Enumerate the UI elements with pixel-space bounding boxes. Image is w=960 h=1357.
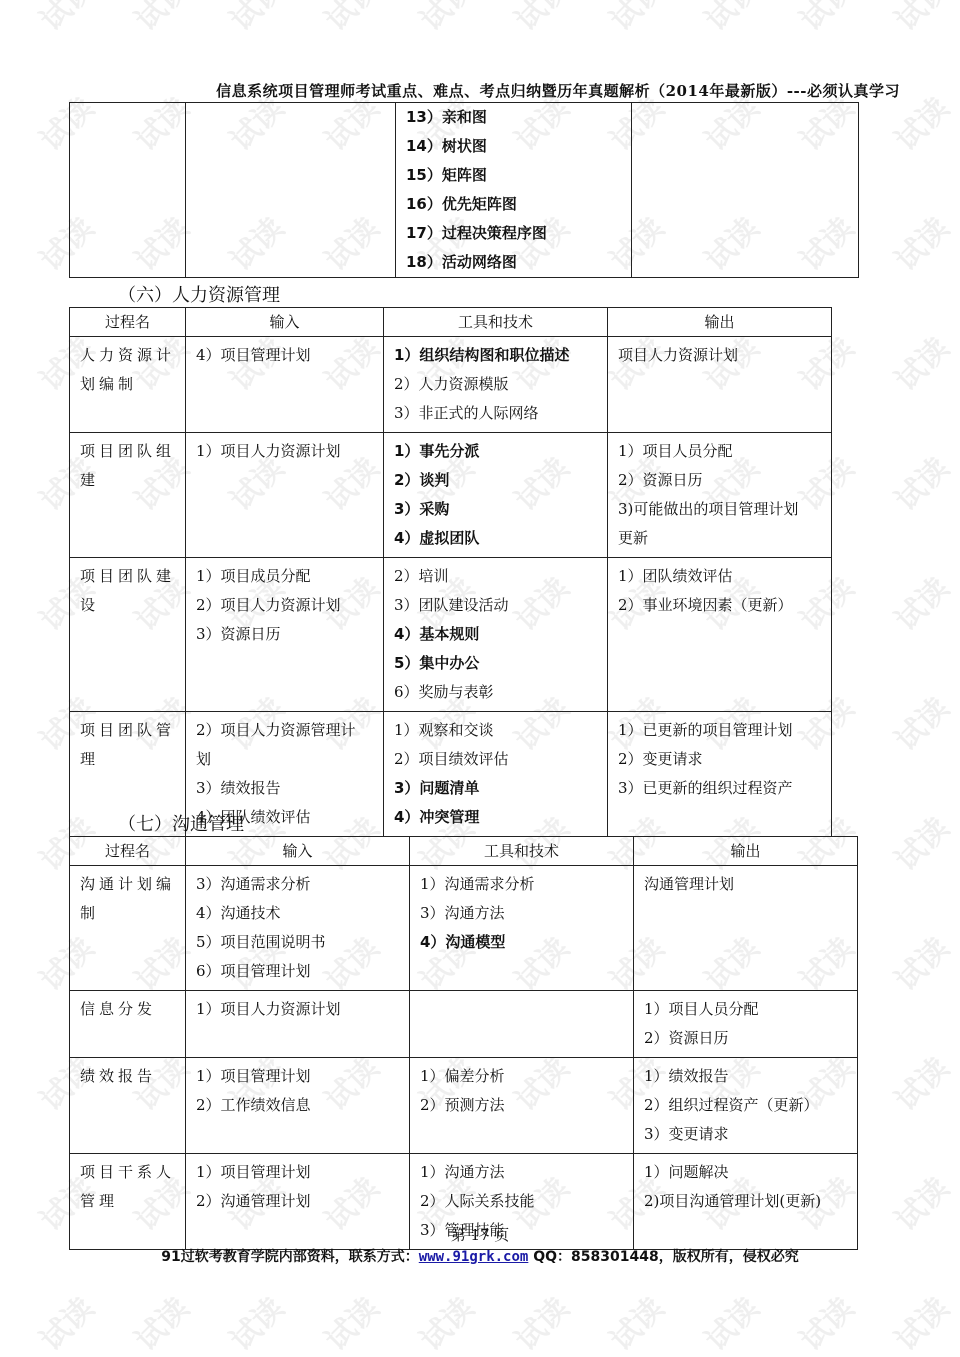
outputs-cell: 项目人力资源计划 [608,337,832,433]
output-item: 2）事业环境因素（更新） [618,591,825,620]
output-item: 更新 [618,524,825,553]
tool-item: 3）非正式的人际网络 [394,399,601,428]
section-heading-hr: （六）人力资源管理 [118,281,280,307]
tool-item: 1）观察和交谈 [394,716,601,745]
outputs-cell: 1）项目人员分配2）资源日历3)可能做出的项目管理计划更新 [608,433,832,558]
output-item: 3)可能做出的项目管理计划 [618,495,825,524]
section-heading-communication: （七）沟通管理 [118,810,244,836]
output-cell [632,103,859,278]
tool-item: 1）沟通方法 [420,1158,627,1187]
watermark-text: 试读 [883,805,957,879]
output-item: 1）绩效报告 [644,1062,851,1091]
hr-management-table: 过程名 输入 工具和技术 输出 人力资源计划编制4）项目管理计划1）组织结构图和… [69,307,832,837]
input-item: 5）项目范围说明书 [196,928,403,957]
inputs-cell: 1）项目人力资源计划 [186,991,410,1058]
watermark-text: 试读 [313,0,387,39]
output-item: 项目人力资源计划 [618,341,825,370]
watermark-text: 试读 [883,1285,957,1357]
page-number: 第 17 页 [0,1224,960,1245]
input-item: 6）项目管理计划 [196,957,403,986]
tools-cell: 13）亲和图 14）树状图 15）矩阵图 16）优先矩阵图 17）过程决策程序图… [396,103,632,278]
watermark-text: 试读 [408,0,482,39]
column-header-tools: 工具和技术 [410,837,634,866]
tool-item: 18）活动网络图 [406,248,625,277]
tools-cell: 1）事先分派2）谈判3）采购4）虚拟团队 [384,433,608,558]
column-header-process: 过程名 [70,837,186,866]
tool-item: 4）冲突管理 [394,803,601,832]
column-header-process: 过程名 [70,308,186,337]
input-item: 划 [196,745,377,774]
tool-item: 3）沟通方法 [420,899,627,928]
watermark-text: 试读 [313,1285,387,1357]
table-header-row: 过程名 输入 工具和技术 输出 [70,837,858,866]
tool-item: 3）问题清单 [394,774,601,803]
tool-item: 13）亲和图 [406,103,625,132]
outputs-cell: 1）团队绩效评估2）事业环境因素（更新） [608,558,832,712]
process-name-cell: 人力资源计划编制 [70,337,186,433]
input-item: 2）工作绩效信息 [196,1091,403,1120]
watermark-text: 试读 [883,925,957,999]
tool-item: 2）人际关系技能 [420,1187,627,1216]
output-item: 3）已更新的组织过程资产 [618,774,825,803]
watermark-text: 试读 [883,1045,957,1119]
tool-item: 1）沟通需求分析 [420,870,627,899]
table-row: 绩效报告1）项目管理计划2）工作绩效信息1）偏差分析2）预测方法1）绩效报告2）… [70,1058,858,1154]
watermark-text: 试读 [28,1285,102,1357]
watermark-text: 试读 [883,565,957,639]
continued-table: 13）亲和图 14）树状图 15）矩阵图 16）优先矩阵图 17）过程决策程序图… [69,102,859,278]
input-item: 1）项目管理计划 [196,1062,403,1091]
watermark-text: 试读 [123,1285,197,1357]
watermark-text: 试读 [28,0,102,39]
input-item: 4）项目管理计划 [196,341,377,370]
output-item: 2）资源日历 [644,1024,851,1053]
document-footer: 91过软考教育学院内部资料，联系方式：www.91grk.com QQ：8583… [0,1246,960,1266]
tool-item: 4）沟通模型 [420,928,627,957]
input-item: 3）绩效报告 [196,774,377,803]
watermark-text: 试读 [788,1285,862,1357]
output-item: 2）变更请求 [618,745,825,774]
column-header-tools: 工具和技术 [384,308,608,337]
tool-item: 1）偏差分析 [420,1062,627,1091]
communication-management-table: 过程名 输入 工具和技术 输出 沟通计划编制3）沟通需求分析4）沟通技术5）项目… [69,836,858,1250]
watermark-text: 试读 [598,1285,672,1357]
process-name-cell: 沟通计划编制 [70,866,186,991]
watermark-text: 试读 [218,0,292,39]
watermark-text: 试读 [883,205,957,279]
output-item: 2）组织过程资产（更新） [644,1091,851,1120]
tool-item: 4）虚拟团队 [394,524,601,553]
table-row: 13）亲和图 14）树状图 15）矩阵图 16）优先矩阵图 17）过程决策程序图… [70,103,859,278]
watermark-text: 试读 [123,0,197,39]
column-header-output: 输出 [608,308,832,337]
tools-cell: 1）组织结构图和职位描述2）人力资源模版3）非正式的人际网络 [384,337,608,433]
watermark-text: 试读 [883,325,957,399]
tools-cell [410,991,634,1058]
input-item: 3）资源日历 [196,620,377,649]
footer-prefix: 91过软考教育学院内部资料，联系方式： [161,1249,418,1265]
tool-item: 15）矩阵图 [406,161,625,190]
output-item: 2)项目沟通管理计划(更新) [644,1187,851,1216]
input-item: 4）沟通技术 [196,899,403,928]
tools-cell: 1）偏差分析2）预测方法 [410,1058,634,1154]
output-item: 1）团队绩效评估 [618,562,825,591]
input-item: 2）项目人力资源计划 [196,591,377,620]
tool-item: 5）集中办公 [394,649,601,678]
tool-item: 2）人力资源模版 [394,370,601,399]
watermark-text: 试读 [883,685,957,759]
column-header-input: 输入 [186,837,410,866]
outputs-cell: 1）项目人员分配2）资源日历 [634,991,858,1058]
watermark-text: 试读 [598,0,672,39]
watermark-text: 试读 [693,0,767,39]
tool-item: 14）树状图 [406,132,625,161]
table-header-row: 过程名 输入 工具和技术 输出 [70,308,832,337]
tool-item: 1）组织结构图和职位描述 [394,341,601,370]
inputs-cell: 4）项目管理计划 [186,337,384,433]
output-item: 1）项目人员分配 [644,995,851,1024]
table-row: 信息分发1）项目人力资源计划1）项目人员分配2）资源日历 [70,991,858,1058]
tool-item: 2）项目绩效评估 [394,745,601,774]
input-item: 2）项目人力资源管理计 [196,716,377,745]
tool-item: 6）奖励与表彰 [394,678,601,707]
website-link[interactable]: www.91grk.com [419,1249,529,1265]
watermark-text: 试读 [693,1285,767,1357]
inputs-cell: 1）项目成员分配2）项目人力资源计划3）资源日历 [186,558,384,712]
output-item: 1）已更新的项目管理计划 [618,716,825,745]
tool-item: 2）谈判 [394,466,601,495]
output-item: 3）变更请求 [644,1120,851,1149]
tools-cell: 1）沟通需求分析3）沟通方法4）沟通模型 [410,866,634,991]
inputs-cell: 1）项目人力资源计划 [186,433,384,558]
table-row: 人力资源计划编制4）项目管理计划1）组织结构图和职位描述2）人力资源模版3）非正… [70,337,832,433]
tool-item: 4）基本规则 [394,620,601,649]
tool-item: 3）采购 [394,495,601,524]
watermark-text: 试读 [408,1285,482,1357]
tool-item: 2）预测方法 [420,1091,627,1120]
tool-item: 3）团队建设活动 [394,591,601,620]
table-row: 沟通计划编制3）沟通需求分析4）沟通技术5）项目范围说明书6）项目管理计划1）沟… [70,866,858,991]
input-item: 1）项目管理计划 [196,1158,403,1187]
tool-item: 2）培训 [394,562,601,591]
input-item: 1）项目人力资源计划 [196,995,403,1024]
output-item: 1）项目人员分配 [618,437,825,466]
output-item: 1）问题解决 [644,1158,851,1187]
input-item: 3）沟通需求分析 [196,870,403,899]
watermark-text: 试读 [883,445,957,519]
tools-cell: 2）培训3）团队建设活动4）基本规则5）集中办公6）奖励与表彰 [384,558,608,712]
watermark-text: 试读 [883,0,957,39]
watermark-text: 试读 [503,0,577,39]
input-cell [186,103,396,278]
outputs-cell: 沟通管理计划 [634,866,858,991]
watermark-text: 试读 [218,1285,292,1357]
tool-item: 16）优先矩阵图 [406,190,625,219]
inputs-cell: 3）沟通需求分析4）沟通技术5）项目范围说明书6）项目管理计划 [186,866,410,991]
input-item: 1）项目人力资源计划 [196,437,377,466]
outputs-cell: 1）已更新的项目管理计划2）变更请求3）已更新的组织过程资产 [608,712,832,837]
output-item: 沟通管理计划 [644,870,851,899]
process-cell [70,103,186,278]
table-row: 项目团队组建1）项目人力资源计划1）事先分派2）谈判3）采购4）虚拟团队1）项目… [70,433,832,558]
outputs-cell: 1）绩效报告2）组织过程资产（更新）3）变更请求 [634,1058,858,1154]
column-header-output: 输出 [634,837,858,866]
watermark-text: 试读 [788,0,862,39]
output-item: 2）资源日历 [618,466,825,495]
process-name-cell: 项目团队建设 [70,558,186,712]
table-row: 项目团队建设1）项目成员分配2）项目人力资源计划3）资源日历2）培训3）团队建设… [70,558,832,712]
tool-item: 1）事先分派 [394,437,601,466]
tools-cell: 1）观察和交谈2）项目绩效评估3）问题清单4）冲突管理 [384,712,608,837]
inputs-cell: 1）项目管理计划2）工作绩效信息 [186,1058,410,1154]
input-item: 2）沟通管理计划 [196,1187,403,1216]
document-header-title: 信息系统项目管理师考试重点、难点、考点归纳暨历年真题解析（2014年最新版）--… [60,80,900,101]
tool-item: 17）过程决策程序图 [406,219,625,248]
input-item: 1）项目成员分配 [196,562,377,591]
footer-suffix: QQ：858301448，版权所有，侵权必究 [528,1249,798,1265]
watermark-text: 试读 [503,1285,577,1357]
column-header-input: 输入 [186,308,384,337]
process-name-cell: 项目团队组建 [70,433,186,558]
process-name-cell: 信息分发 [70,991,186,1058]
process-name-cell: 绩效报告 [70,1058,186,1154]
